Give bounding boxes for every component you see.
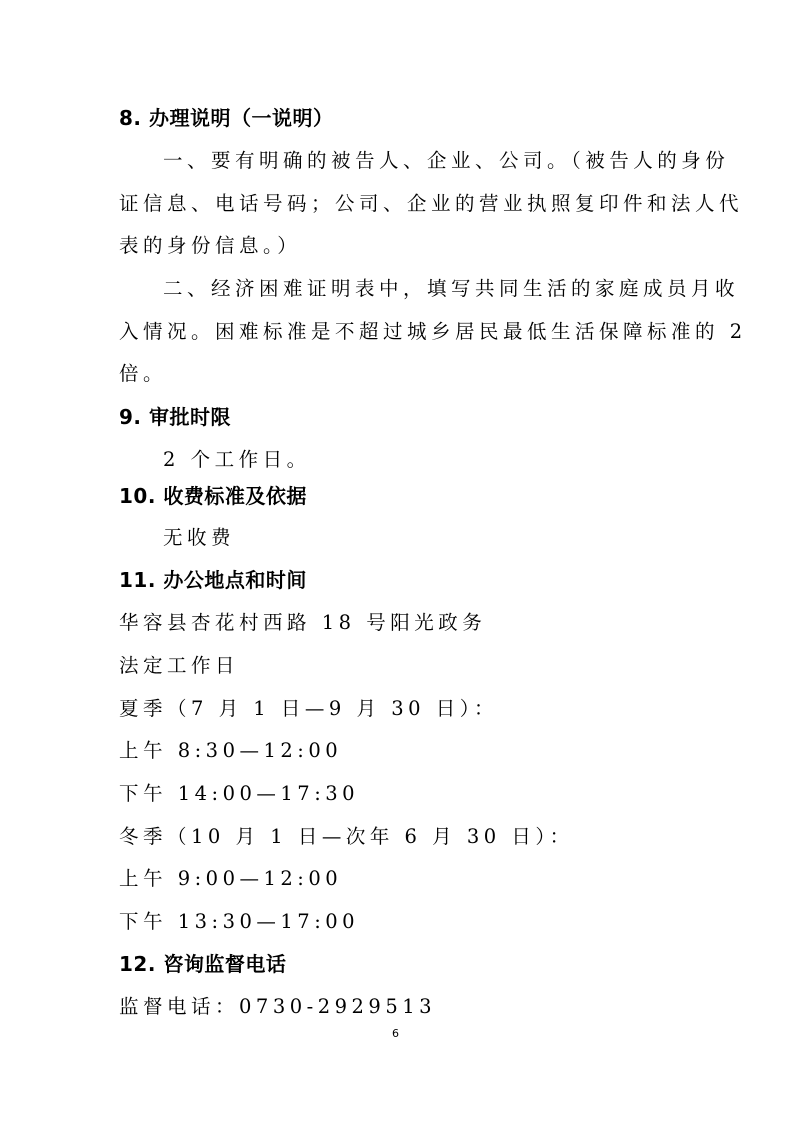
paragraph-line: 入情况。困难标准是不超过城乡居民最低生活保障标准的 2	[119, 320, 747, 344]
winter-morning-hours: 上午 9:00—12:00	[119, 867, 342, 891]
section-heading-12: 12. 咨询监督电话	[119, 952, 286, 976]
winter-season-label: 冬季（10 月 1 日—次年 6 月 30 日）：	[119, 825, 574, 849]
paragraph-line: 二、经济困难证明表中，填写共同生活的家庭成员月收	[163, 277, 739, 301]
section-heading-8: 8. 办理说明（一说明）	[119, 106, 333, 130]
paragraph-line: 倍。	[119, 362, 167, 386]
section-heading-11: 11. 办公地点和时间	[119, 568, 307, 592]
paragraph-line: 一、要有明确的被告人、企业、公司。（被告人的身份	[163, 149, 729, 173]
summer-afternoon-hours: 下午 14:00—17:30	[119, 782, 359, 806]
section-heading-9: 9. 审批时限	[119, 405, 231, 429]
document-page: 8. 办理说明（一说明） 一、要有明确的被告人、企业、公司。（被告人的身份 证信…	[0, 0, 793, 1122]
workday-label: 法定工作日	[119, 654, 239, 678]
office-address: 华容县杏花村西路 18 号阳光政务	[119, 611, 486, 635]
approval-time-text: 2 个工作日。	[163, 448, 311, 472]
winter-afternoon-hours: 下午 13:30—17:00	[119, 910, 359, 934]
section-heading-10: 10. 收费标准及依据	[119, 484, 307, 508]
page-number: 6	[392, 1027, 399, 1040]
fee-text: 无收费	[163, 526, 235, 550]
supervision-phone: 监督电话：0730-2929513	[119, 995, 436, 1019]
paragraph-line: 证信息、电话号码；公司、企业的营业执照复印件和法人代	[119, 192, 743, 216]
summer-morning-hours: 上午 8:30—12:00	[119, 739, 342, 763]
summer-season-label: 夏季（7 月 1 日—9 月 30 日）：	[119, 697, 498, 721]
paragraph-line: 表的身份信息。）	[119, 234, 301, 258]
